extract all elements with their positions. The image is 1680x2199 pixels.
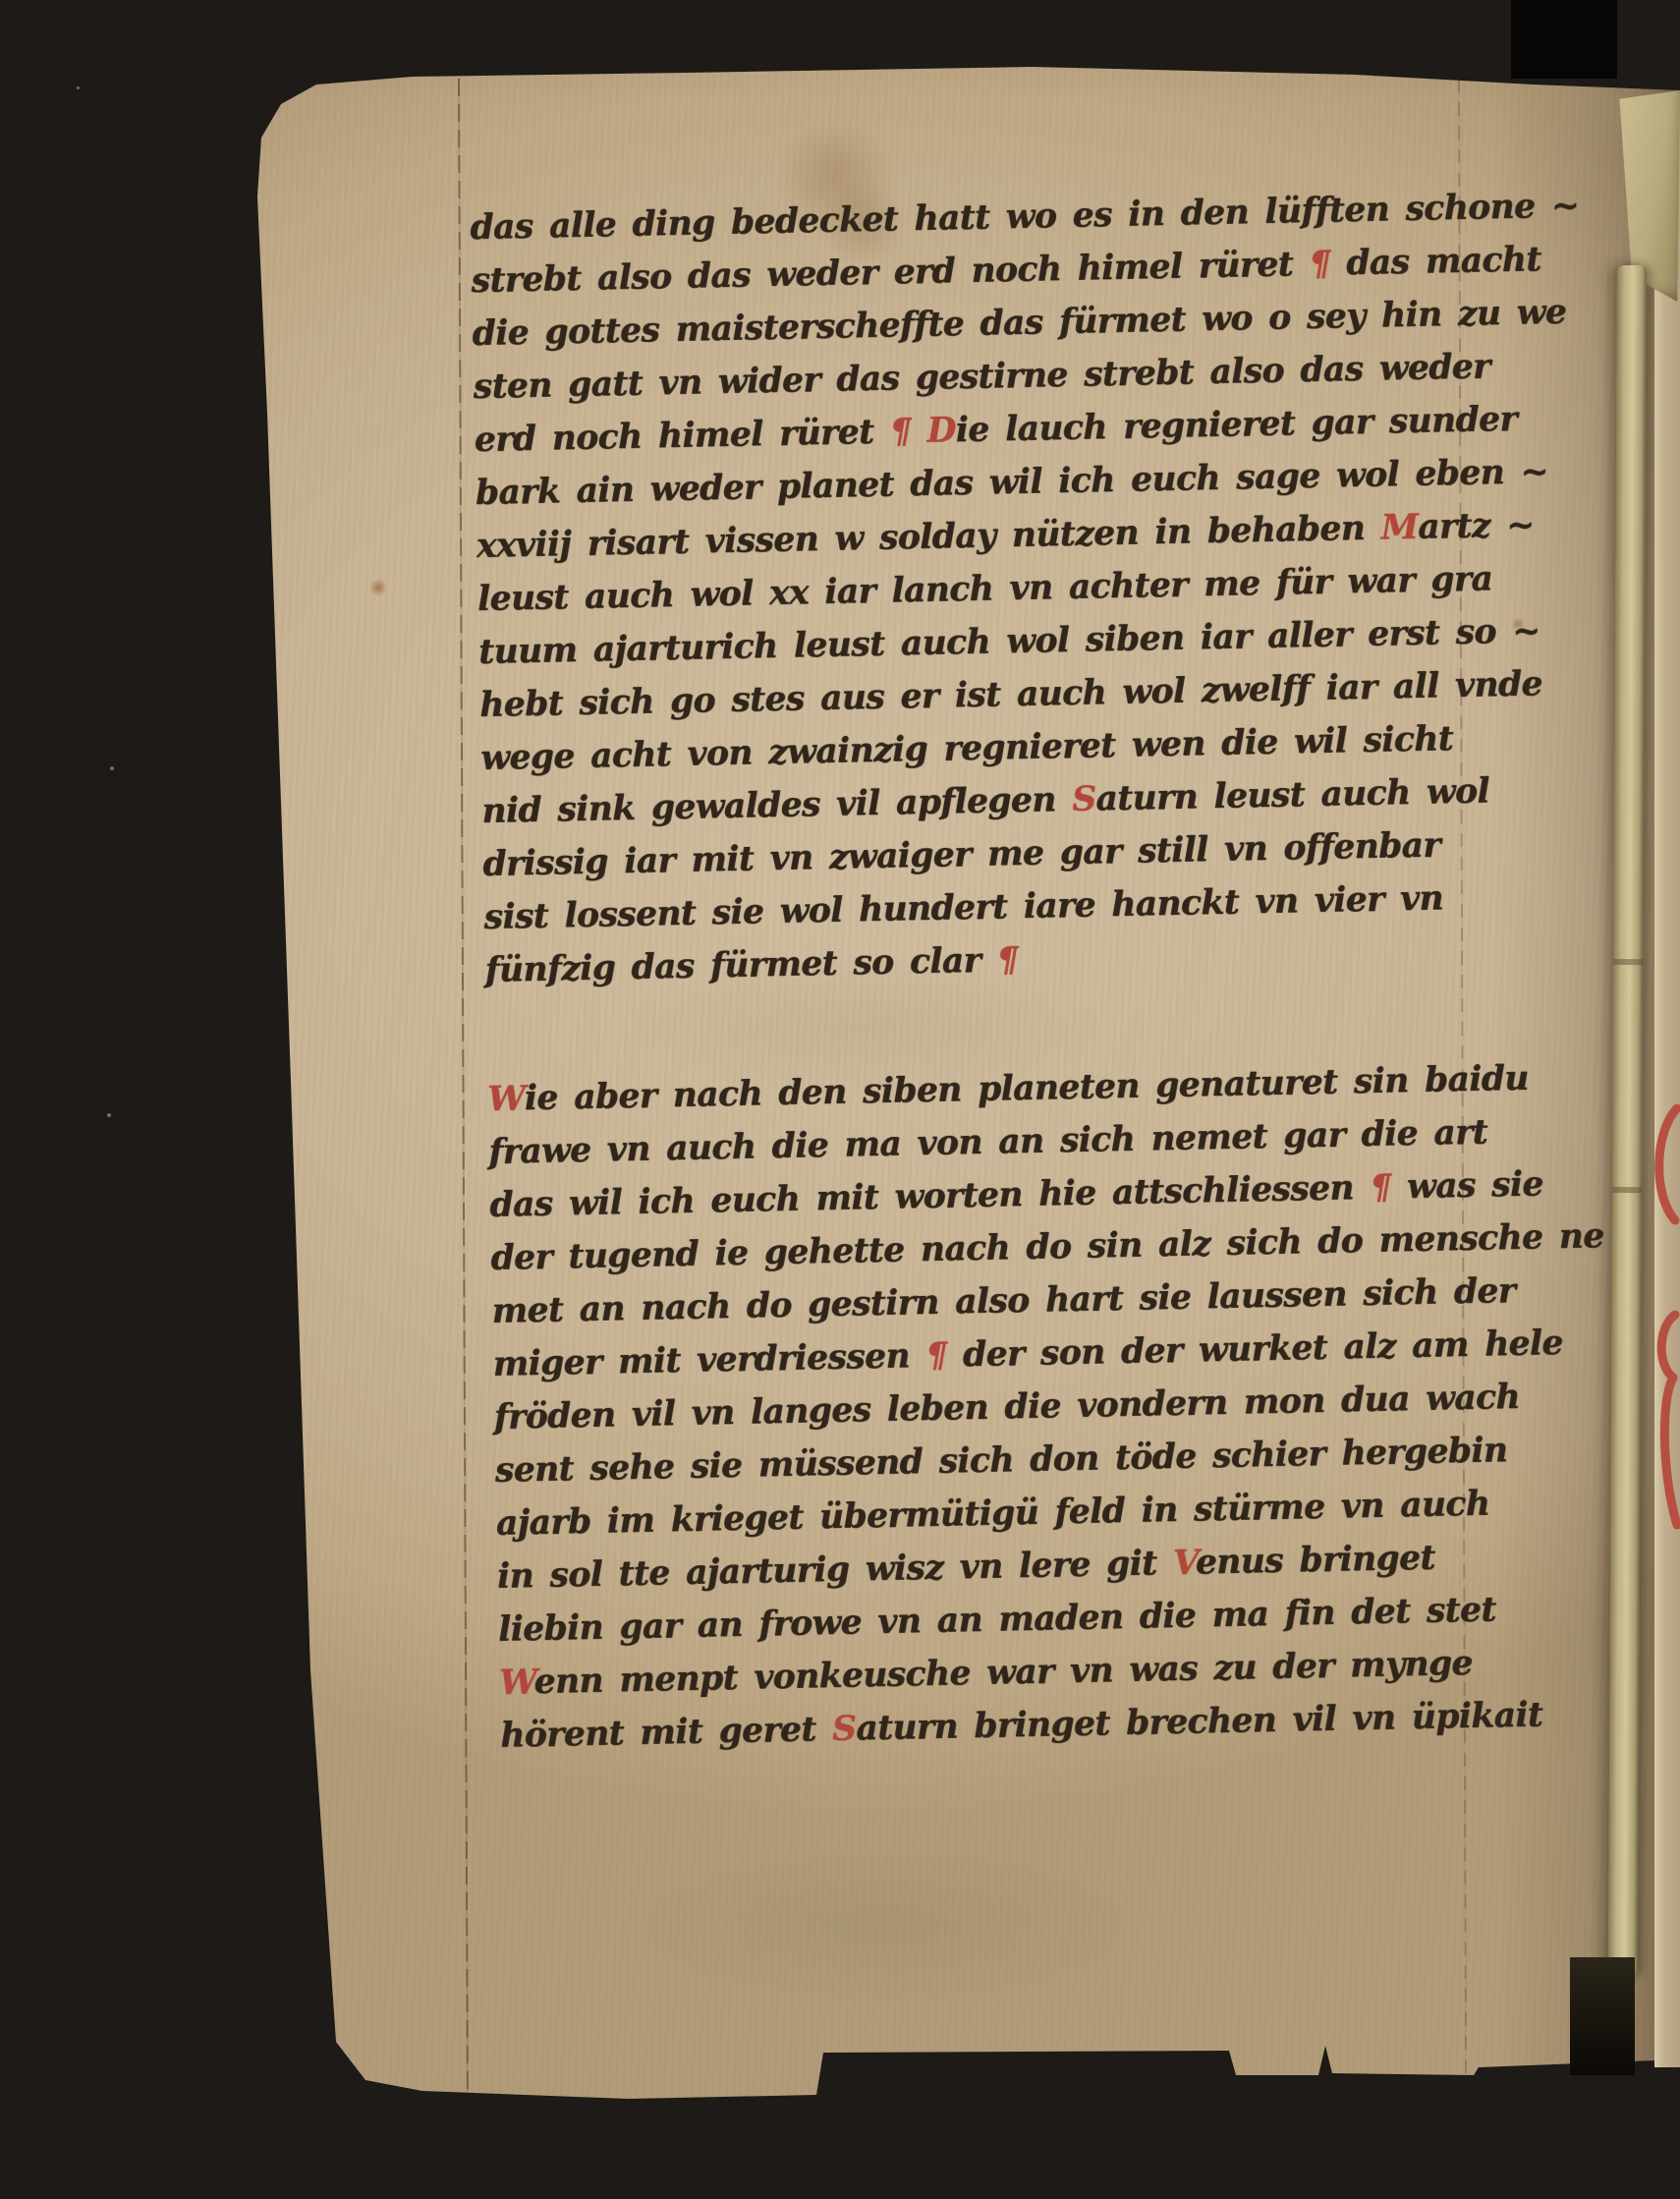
text-block: das alle ding bedecket hatt wo es in den… [470, 181, 1528, 1763]
rubric-mark: ¶ [996, 940, 1018, 980]
rubric-mark: W [487, 1079, 525, 1119]
ink-text: in sol tte ajarturig wisz vn lere git [497, 1544, 1174, 1597]
paragraph-1: das alle ding bedecket hatt wo es in den… [470, 181, 1512, 997]
rubric-mark: S [832, 1709, 857, 1748]
ink-text: fünfzig das fürmet so clar [484, 940, 997, 989]
ink-text: strebt also das weder erd noch himel rür… [471, 245, 1310, 301]
ink-text: ie lauch regnieret gar sunder [955, 400, 1517, 450]
manuscript-scan: das alle ding bedecket hatt wo es in den… [0, 0, 1680, 2199]
ink-text: hörent mit geret [500, 1710, 833, 1756]
red-penwork-flourish [1652, 1100, 1680, 1562]
paragraph-2: Wie aber nach den siben planeten genatur… [487, 1052, 1528, 1763]
top-edge-notch [1511, 0, 1617, 79]
ruling-line-left [458, 79, 469, 2095]
ink-text: erd noch himel rüret [474, 412, 890, 459]
dust-speck [110, 766, 114, 770]
rubric-mark: ¶ [1370, 1167, 1391, 1207]
ink-text: enus bringet [1196, 1539, 1436, 1583]
rubric-mark: W [499, 1663, 534, 1703]
rubric-mark: M [1380, 508, 1418, 548]
guard-strip-crease [1613, 959, 1643, 965]
dust-speck [107, 1113, 111, 1117]
ink-text: was sie [1390, 1164, 1543, 1207]
ink-text: der son der wurket alz am hele [946, 1324, 1563, 1376]
ink-text: miger mit verdriessen [492, 1336, 925, 1384]
rubric-mark: S [1072, 779, 1096, 818]
gutter-bottom-shadow [1570, 1957, 1635, 2075]
rubric-mark: V [1172, 1543, 1196, 1582]
ink-text: aturn bringet brechen vil vn üpikait [856, 1695, 1543, 1748]
rubric-mark: ¶ D [889, 411, 956, 451]
next-page-edge [1654, 96, 1680, 2067]
ink-text: aturn leust auch wol [1095, 771, 1489, 818]
ink-text: artz ~ [1418, 505, 1535, 546]
guard-strip-crease [1612, 1187, 1642, 1193]
manuscript-page: das alle ding bedecket hatt wo es in den… [0, 0, 1680, 2199]
rubric-mark: ¶ [925, 1335, 947, 1375]
ink-text: das macht [1329, 240, 1541, 283]
rubric-mark: ¶ [1309, 244, 1330, 283]
dust-speck [77, 86, 80, 89]
ink-text: nid sink gewaldes vil apflegen [481, 780, 1072, 831]
